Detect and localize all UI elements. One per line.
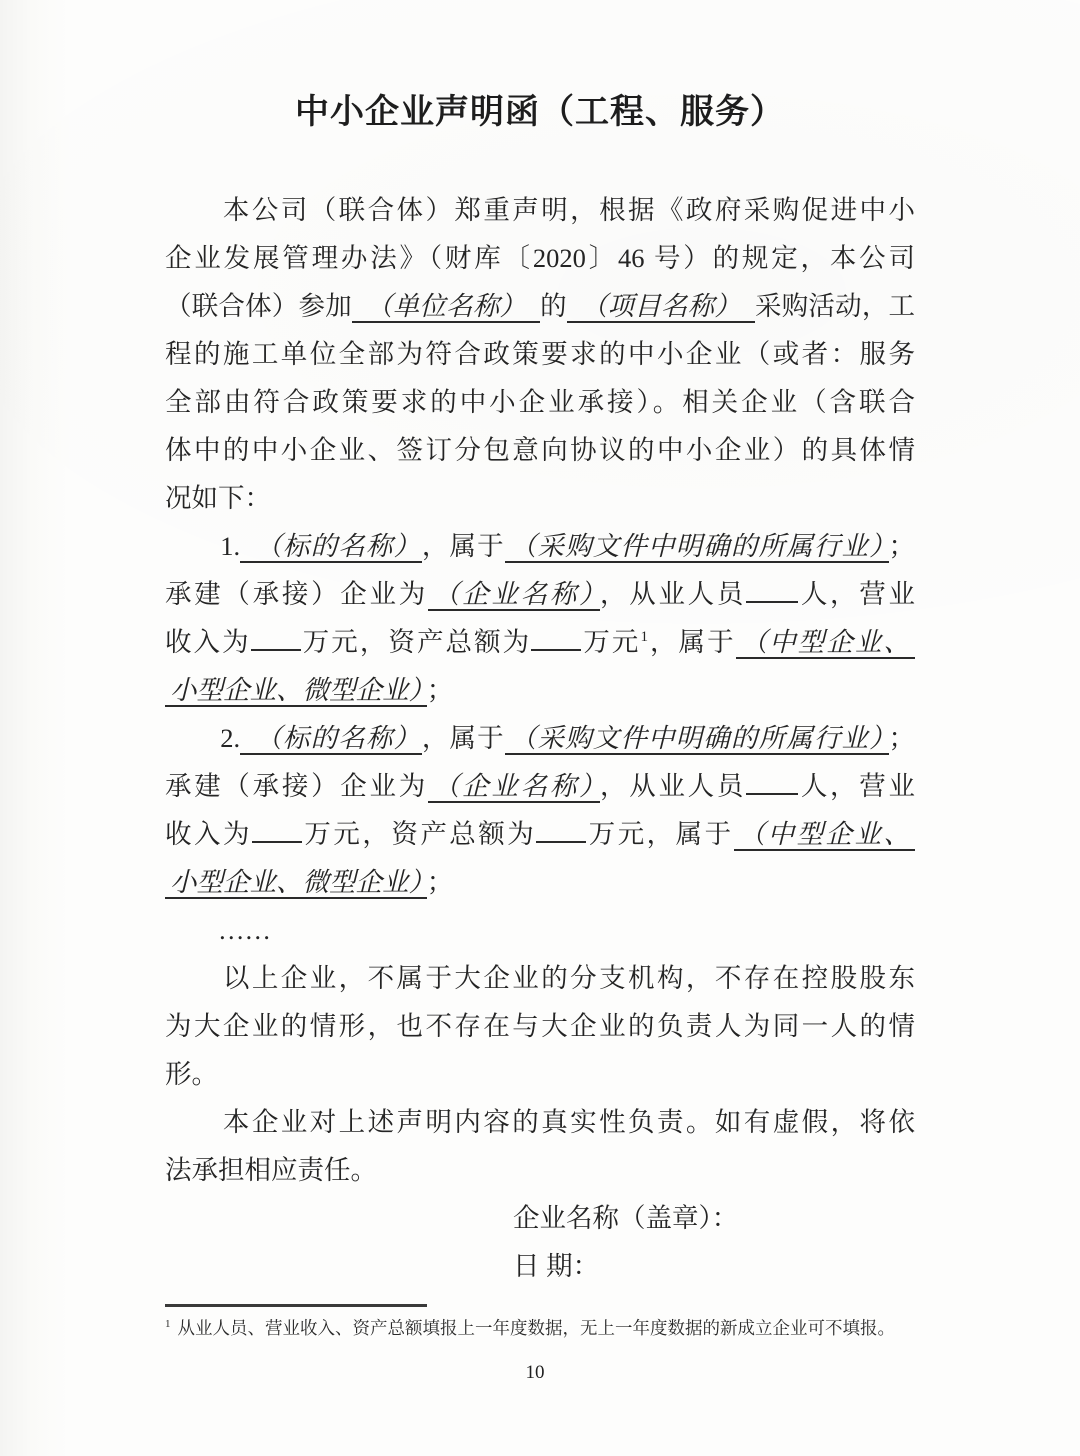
underlined-placeholder: （采购文件中明确的所属行业） bbox=[505, 723, 889, 755]
text-run: 本企业对上述声明内容的真实性负责。如有虚假，将依 bbox=[165, 1107, 915, 1137]
text-run: ； bbox=[889, 723, 916, 753]
text-line: 程的施工单位全部为符合政策要求的中小企业（或者：服务 bbox=[165, 330, 915, 378]
text-line: 本公司（联合体）郑重声明，根据《政府采购促进中小 bbox=[165, 186, 915, 234]
text-run: ，属于 bbox=[422, 723, 505, 753]
document-page: 中小企业声明函（工程、服务） 本公司（联合体）郑重声明，根据《政府采购促进中小企… bbox=[0, 0, 1080, 1456]
text-line: 小型企业、微型企业）； bbox=[165, 858, 915, 906]
text-run: 万元，资产总额为 bbox=[301, 627, 532, 657]
text-line: 为大企业的情形，也不存在与大企业的负责人为同一人的情 bbox=[165, 1002, 915, 1050]
fill-in-blank bbox=[746, 598, 798, 603]
fill-in-blank bbox=[251, 646, 301, 651]
page-number: 10 bbox=[0, 1362, 1070, 1384]
footnote-area: 1从业人员、营业收入、资产总额填报上一年度数据，无上一年度数据的新成立企业可不填… bbox=[165, 1304, 955, 1340]
text-line: 1.（标的名称），属于（采购文件中明确的所属行业）； bbox=[165, 522, 915, 570]
text-line: 收入为万元，资产总额为万元，属于（中型企业、 bbox=[165, 810, 915, 858]
footnote-separator bbox=[165, 1304, 427, 1307]
text-run: 万元，资产总额为 bbox=[302, 819, 536, 849]
fill-in-blank bbox=[536, 838, 586, 843]
text-run: ，从业人员 bbox=[600, 579, 746, 609]
document-body: 中小企业声明函（工程、服务） 本公司（联合体）郑重声明，根据《政府采购促进中小企… bbox=[165, 86, 915, 1290]
text-line: 承建（承接）企业为（企业名称），从业人员人，营业 bbox=[165, 570, 915, 618]
text-line: 本企业对上述声明内容的真实性负责。如有虚假，将依 bbox=[165, 1098, 915, 1146]
fill-in-blank bbox=[252, 838, 302, 843]
text-run: 1. bbox=[165, 531, 240, 561]
text-run: ； bbox=[889, 531, 916, 561]
text-run: 以上企业，不属于大企业的分支机构，不存在控股股东 bbox=[165, 963, 915, 993]
footnote-text: 1从业人员、营业收入、资产总额填报上一年度数据，无上一年度数据的新成立企业可不填… bbox=[165, 1316, 955, 1340]
fill-in-blank bbox=[746, 790, 798, 795]
text-run: 万元，属于 bbox=[586, 819, 733, 849]
text-line: 承建（承接）企业为（企业名称），从业人员人，营业 bbox=[165, 762, 915, 810]
fill-in-blank bbox=[531, 646, 581, 651]
text-run: 法承担相应责任。 bbox=[165, 1155, 377, 1185]
text-line: 体中的中小企业、签订分包意向协议的中小企业）的具体情 bbox=[165, 426, 915, 474]
text-run: 2. bbox=[165, 723, 240, 753]
text-run: 全部由符合政策要求的中小企业承接）。相关企业（含联合 bbox=[165, 387, 915, 417]
text-run: 人，营业 bbox=[798, 771, 915, 801]
underlined-placeholder: （标的名称） bbox=[240, 723, 422, 755]
text-run: 承建（承接）企业为 bbox=[165, 579, 428, 609]
text-run: 人，营业 bbox=[798, 579, 915, 609]
text-line: （联合体）参加（单位名称）的（项目名称）采购活动，工 bbox=[165, 282, 915, 330]
text-run: 程的施工单位全部为符合政策要求的中小企业（或者：服务 bbox=[165, 339, 915, 369]
text-run: 的 bbox=[540, 291, 567, 321]
page-title: 中小企业声明函（工程、服务） bbox=[165, 86, 915, 140]
signature-date-line: 日 期： bbox=[165, 1242, 915, 1290]
footnote-reference: 1 bbox=[640, 629, 648, 645]
text-run: 采购活动，工 bbox=[755, 291, 915, 321]
body-text: 本公司（联合体）郑重声明，根据《政府采购促进中小企业发展管理办法》（财库〔202… bbox=[165, 186, 915, 1194]
text-run: 企业发展管理办法》（财库〔2020〕46 号）的规定，本公司 bbox=[165, 243, 915, 273]
text-run: 收入为 bbox=[165, 627, 251, 657]
text-run: ，从业人员 bbox=[600, 771, 746, 801]
text-line: 法承担相应责任。 bbox=[165, 1146, 915, 1194]
underlined-placeholder: （企业名称） bbox=[428, 579, 600, 611]
text-run: 体中的中小企业、签订分包意向协议的中小企业）的具体情 bbox=[165, 435, 915, 465]
underlined-placeholder: （采购文件中明确的所属行业） bbox=[505, 531, 889, 563]
text-line: 形。 bbox=[165, 1050, 915, 1098]
text-line: 小型企业、微型企业）； bbox=[165, 666, 915, 714]
text-line: 全部由符合政策要求的中小企业承接）。相关企业（含联合 bbox=[165, 378, 915, 426]
text-run: （联合体）参加 bbox=[165, 291, 352, 321]
underlined-placeholder: 小型企业、微型企业） bbox=[165, 867, 427, 899]
underlined-placeholder: （企业名称） bbox=[428, 771, 600, 803]
underlined-placeholder: （中型企业、 bbox=[734, 819, 915, 851]
text-run: 为大企业的情形，也不存在与大企业的负责人为同一人的情 bbox=[165, 1011, 915, 1041]
text-run: 万元 bbox=[581, 627, 640, 657]
underlined-placeholder: （中型企业、 bbox=[736, 627, 915, 659]
text-run: ，属于 bbox=[648, 627, 736, 657]
text-line: …… bbox=[165, 906, 915, 954]
footnote-body: 从业人员、营业收入、资产总额填报上一年度数据，无上一年度数据的新成立企业可不填报… bbox=[178, 1318, 896, 1338]
underlined-placeholder: （项目名称） bbox=[567, 291, 755, 323]
footnote-marker: 1 bbox=[165, 1318, 171, 1330]
text-run: 本公司（联合体）郑重声明，根据《政府采购促进中小 bbox=[165, 195, 915, 225]
underlined-placeholder: 小型企业、微型企业） bbox=[165, 675, 427, 707]
underlined-placeholder: （单位名称） bbox=[352, 291, 540, 323]
text-run: ； bbox=[427, 675, 454, 705]
text-run: 形。 bbox=[165, 1059, 218, 1089]
text-run: ，属于 bbox=[422, 531, 505, 561]
text-run: ； bbox=[427, 867, 454, 897]
text-line: 2.（标的名称），属于（采购文件中明确的所属行业）； bbox=[165, 714, 915, 762]
text-line: 企业发展管理办法》（财库〔2020〕46 号）的规定，本公司 bbox=[165, 234, 915, 282]
text-run: 况如下： bbox=[165, 483, 271, 513]
text-run: 收入为 bbox=[165, 819, 252, 849]
text-run: …… bbox=[165, 915, 271, 945]
text-line: 况如下： bbox=[165, 474, 915, 522]
text-line: 收入为万元，资产总额为万元1，属于（中型企业、 bbox=[165, 618, 915, 666]
text-run: 承建（承接）企业为 bbox=[165, 771, 428, 801]
text-line: 以上企业，不属于大企业的分支机构，不存在控股股东 bbox=[165, 954, 915, 1002]
signature-company-line: 企业名称（盖章）： bbox=[165, 1194, 915, 1242]
underlined-placeholder: （标的名称） bbox=[240, 531, 422, 563]
